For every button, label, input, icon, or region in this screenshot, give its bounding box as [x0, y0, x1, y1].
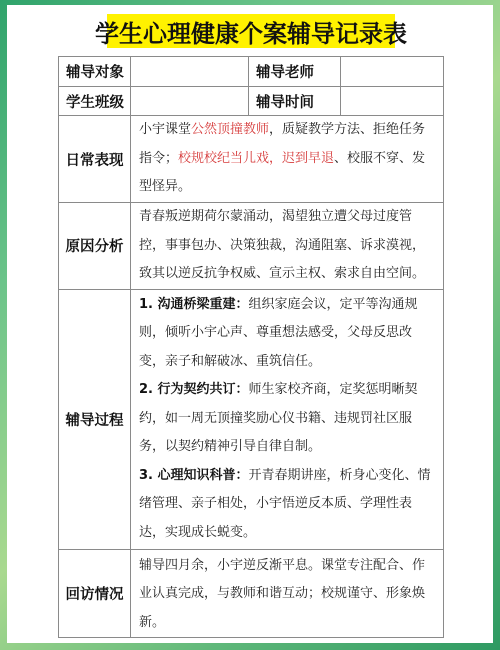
label-followup: 回访情况: [59, 549, 131, 638]
record-table: 辅导对象 辅导老师 学生班级 辅导时间 日常表现 小宇课堂公然顶撞教师，质疑教学…: [58, 56, 444, 638]
document-page: 学生心理健康个案辅导记录表 辅导对象 辅导老师 学生班级 辅导时间 日常表现 小…: [7, 5, 493, 643]
label-time: 辅导时间: [249, 87, 341, 116]
process-item-2: 2. 行为契约共订：师生家校齐商，定奖惩明晰契约，如一周无顶撞奖励心仪书籍、违规…: [139, 376, 435, 462]
process-item-1: 1. 沟通桥梁重建：组织家庭会议，定平等沟通规则，倾听小宇心声、尊重想法感受，父…: [139, 291, 435, 377]
field-class[interactable]: [131, 87, 249, 116]
table-row-class-time: 学生班级 辅导时间: [59, 87, 444, 116]
table-row-student-teacher: 辅导对象 辅导老师: [59, 57, 444, 87]
label-class: 学生班级: [59, 87, 131, 116]
process-item-3: 3. 心理知识科普：开青春期讲座，析身心变化、情绪管理、亲子相处，小宇悟逆反本质…: [139, 462, 435, 548]
cause-analysis-content: 青春叛逆期荷尔蒙涌动，渴望独立遭父母过度管控，事事包办、决策独裁，沟通阻塞、诉求…: [131, 203, 444, 290]
table-row-process: 辅导过程 1. 沟通桥梁重建：组织家庭会议，定平等沟通规则，倾听小宇心声、尊重想…: [59, 289, 444, 549]
label-student: 辅导对象: [59, 57, 131, 87]
table-row-cause: 原因分析 青春叛逆期荷尔蒙涌动，渴望独立遭父母过度管控，事事包办、决策独裁，沟通…: [59, 203, 444, 290]
label-cause-analysis: 原因分析: [59, 203, 131, 290]
label-daily-behavior: 日常表现: [59, 116, 131, 203]
daily-seg-3-emphasis: 校规校纪当儿戏，迟到早退: [178, 151, 334, 166]
field-time[interactable]: [341, 87, 444, 116]
field-teacher[interactable]: [341, 57, 444, 87]
daily-seg-0: 小宇课堂: [139, 122, 191, 137]
table-row-followup: 回访情况 辅导四月余，小宇逆反渐平息。课堂专注配合、作业认真完成，与教师和谐互动…: [59, 549, 444, 638]
label-counseling-process: 辅导过程: [59, 289, 131, 549]
counseling-process-content: 1. 沟通桥梁重建：组织家庭会议，定平等沟通规则，倾听小宇心声、尊重想法感受，父…: [131, 289, 444, 549]
followup-content: 辅导四月余，小宇逆反渐平息。课堂专注配合、作业认真完成，与教师和谐互动；校规谨守…: [131, 549, 444, 638]
document-title: 学生心理健康个案辅导记录表: [95, 14, 407, 49]
label-teacher: 辅导老师: [249, 57, 341, 87]
process-item-2-heading: 2. 行为契约共订：: [139, 382, 249, 397]
process-item-3-heading: 3. 心理知识科普：: [139, 468, 249, 483]
daily-behavior-content: 小宇课堂公然顶撞教师，质疑教学方法、拒绝任务指令；校规校纪当儿戏，迟到早退、校服…: [131, 116, 444, 203]
process-item-1-heading: 1. 沟通桥梁重建：: [139, 297, 249, 312]
daily-seg-1-emphasis: 公然顶撞教师: [191, 122, 269, 137]
table-row-daily: 日常表现 小宇课堂公然顶撞教师，质疑教学方法、拒绝任务指令；校规校纪当儿戏，迟到…: [59, 116, 444, 203]
field-student[interactable]: [131, 57, 249, 87]
title-highlight: 学生心理健康个案辅导记录表: [107, 14, 395, 48]
